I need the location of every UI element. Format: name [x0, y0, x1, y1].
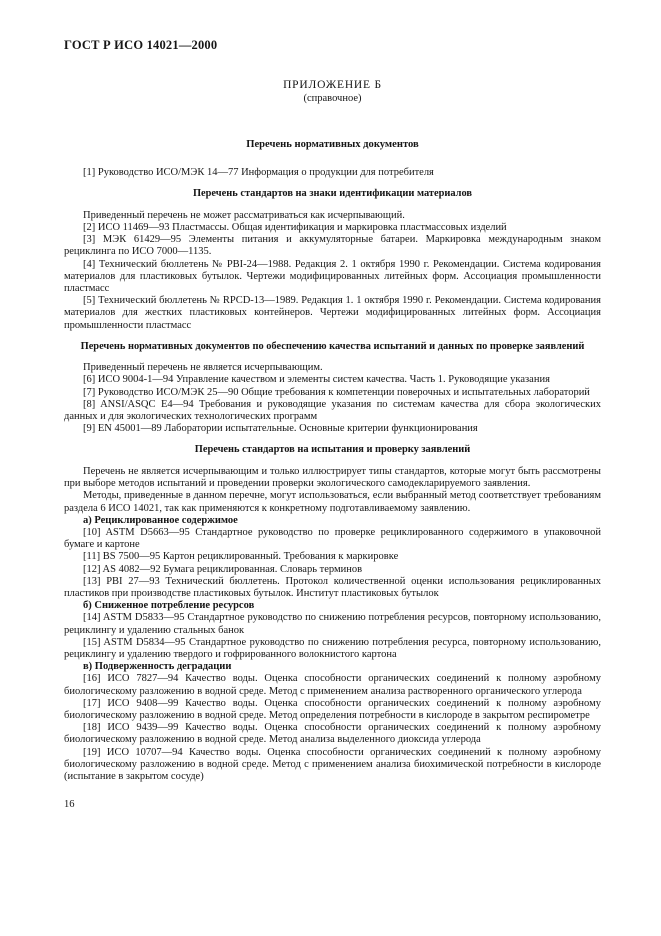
subsection-label-a: а) Рециклированное содержимое	[64, 515, 601, 527]
paragraph: Перечень не является исчерпывающим и тол…	[64, 466, 601, 490]
appendix-label: ПРИЛОЖЕНИЕ Б	[64, 79, 601, 92]
list-item: [7] Руководство ИСО/МЭК 25—90 Общие треб…	[64, 387, 601, 399]
intro-block: [1] Руководство ИСО/МЭК 14—77 Информация…	[64, 167, 601, 179]
section-title: Перечень нормативных документов по обесп…	[64, 341, 601, 354]
section-testing-verification: Перечень стандартов на испытания и прове…	[64, 444, 601, 783]
list-item: [10] ASTM D5663—95 Стандартное руководст…	[64, 527, 601, 551]
list-item: [14] ASTM D5833—95 Стандартное руководст…	[64, 612, 601, 636]
list-item: [11] BS 7500—95 Картон рециклированный. …	[64, 551, 601, 563]
list-item: [2] ИСО 11469—93 Пластмассы. Общая идент…	[64, 222, 601, 234]
list-item: [5] Технический бюллетень № RPCD-13—1989…	[64, 295, 601, 332]
list-item: [9] EN 45001—89 Лаборатории испытательны…	[64, 423, 601, 435]
subsection-label-v: в) Подверженность деградации	[64, 661, 601, 673]
appendix-note: (справочное)	[64, 92, 601, 105]
appendix-block: ПРИЛОЖЕНИЕ Б (справочное)	[64, 79, 601, 105]
paragraph: Приведенный перечень не является исчерпы…	[64, 362, 601, 374]
list-item: [1] Руководство ИСО/МЭК 14—77 Информация…	[64, 167, 601, 179]
section-identification-marks: Перечень стандартов на знаки идентификац…	[64, 188, 601, 332]
list-item: [16] ИСО 7827—94 Качество воды. Оценка с…	[64, 673, 601, 697]
subsection-label-b: б) Сниженное потребление ресурсов	[64, 600, 601, 612]
list-item: [13] PBI 27—93 Технический бюллетень. Пр…	[64, 576, 601, 600]
list-item: [3] МЭК 61429—95 Элементы питания и акку…	[64, 234, 601, 258]
section-title: Перечень стандартов на знаки идентификац…	[64, 188, 601, 201]
list-item: [12] AS 4082—92 Бумага рециклированная. …	[64, 564, 601, 576]
list-item: [19] ИСО 10707—94 Качество воды. Оценка …	[64, 747, 601, 784]
paragraph: Приведенный перечень не может рассматрив…	[64, 210, 601, 222]
list-item: [8] ANSI/ASQC E4—94 Требования и руковод…	[64, 399, 601, 423]
list-item: [4] Технический бюллетень № PBI-24—1988.…	[64, 259, 601, 296]
list-item: [15] ASTM D5834—95 Стандартное руководст…	[64, 637, 601, 661]
main-title: Перечень нормативных документов	[64, 139, 601, 150]
section-quality-assurance: Перечень нормативных документов по обесп…	[64, 341, 601, 436]
section-title: Перечень стандартов на испытания и прове…	[64, 444, 601, 457]
page-number: 16	[64, 799, 601, 810]
list-item: [18] ИСО 9439—99 Качество воды. Оценка с…	[64, 722, 601, 746]
list-item: [6] ИСО 9004-1—94 Управление качеством и…	[64, 374, 601, 386]
list-item: [17] ИСО 9408—99 Качество воды. Оценка с…	[64, 698, 601, 722]
paragraph: Методы, приведенные в данном перечне, мо…	[64, 490, 601, 514]
document-header: ГОСТ Р ИСО 14021—2000	[64, 38, 601, 53]
document-page: ГОСТ Р ИСО 14021—2000 ПРИЛОЖЕНИЕ Б (спра…	[0, 0, 661, 936]
